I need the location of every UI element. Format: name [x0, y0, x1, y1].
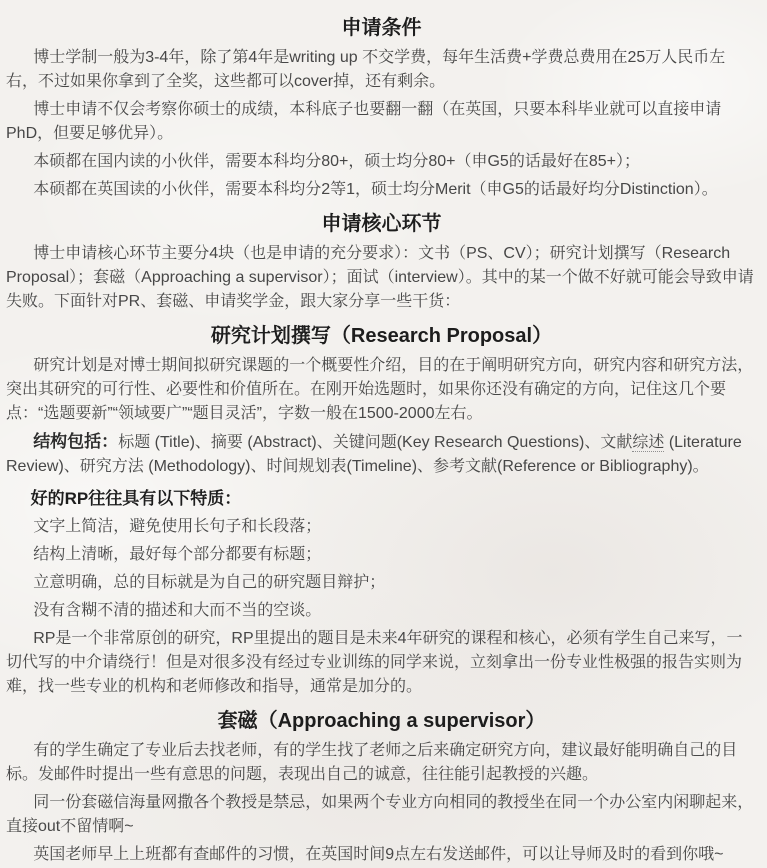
heading-approaching-supervisor: 套磁（Approaching a supervisor） — [6, 707, 757, 735]
para-domestic-score-requirement: 本硕都在国内读的小伙伴，需要本科均分80+，硕士均分80+（申G5的话最好在85… — [6, 150, 757, 174]
para-undergrad-record: 博士申请不仅会考察你硕士的成绩，本科底子也要翻一翻（在英国，只要本科毕业就可以直… — [6, 98, 757, 146]
para-trait-clear-structure: 结构上清晰，最好每个部分都要有标题； — [6, 543, 757, 567]
para-mass-email-taboo: 同一份套磁信海量网撒各个教授是禁忌，如果两个专业方向相同的教授坐在同一个办公室内… — [6, 791, 757, 839]
para-trait-concise-wording: 文字上简洁，避免使用长句子和长段落； — [6, 515, 757, 539]
rp-structure-text: 标题 (Title)、摘要 (Abstract)、关键问题(Key Resear… — [118, 434, 632, 451]
heading-application-requirements: 申请条件 — [6, 14, 757, 42]
para-supervisor-goal: 有的学生确定了专业后去找老师，有的学生找了老师之后来确定研究方向，建议最好能明确… — [6, 739, 757, 787]
para-uk-score-requirement: 本硕都在英国读的小伙伴，需要本科均分2等1，硕士均分Merit（申G5的话最好均… — [6, 178, 757, 202]
para-rp-intro: 研究计划是对博士期间拟研究课题的一个概要性介绍，目的在于阐明研究方向，研究内容和… — [6, 354, 757, 426]
para-rp-originality: RP是一个非常原创的研究，RP里提出的题目是未来4年研究的课程和核心，必须有学生… — [6, 627, 757, 699]
heading-good-rp-traits: 好的RP往往具有以下特质： — [6, 487, 757, 511]
para-trait-clear-intent: 立意明确，总的目标就是为自己的研究题目辩护； — [6, 571, 757, 595]
spellcheck-underlined-text: 综述 — [632, 434, 664, 452]
para-rp-structure: 结构包括：标题 (Title)、摘要 (Abstract)、关键问题(Key R… — [6, 430, 757, 479]
para-core-steps-overview: 博士申请核心环节主要分4块（也是申请的充分要求）：文书（PS、CV）；研究计划撰… — [6, 242, 757, 314]
article-body: 申请条件 博士学制一般为3-4年，除了第4年是writing up 不交学费，每… — [0, 0, 767, 867]
para-duration-and-cost: 博士学制一般为3-4年，除了第4年是writing up 不交学费，每年生活费+… — [6, 46, 757, 94]
para-trait-no-vagueness: 没有含糊不清的描述和大而不当的空谈。 — [6, 599, 757, 623]
bold-lead-structure-includes: 结构包括： — [33, 432, 118, 451]
heading-research-proposal: 研究计划撰写（Research Proposal） — [6, 322, 757, 350]
heading-core-steps: 申请核心环节 — [6, 210, 757, 238]
para-email-timing-tip: 英国老师早上上班都有查邮件的习惯，在英国时间9点左右发送邮件，可以让导师及时的看… — [6, 843, 757, 867]
